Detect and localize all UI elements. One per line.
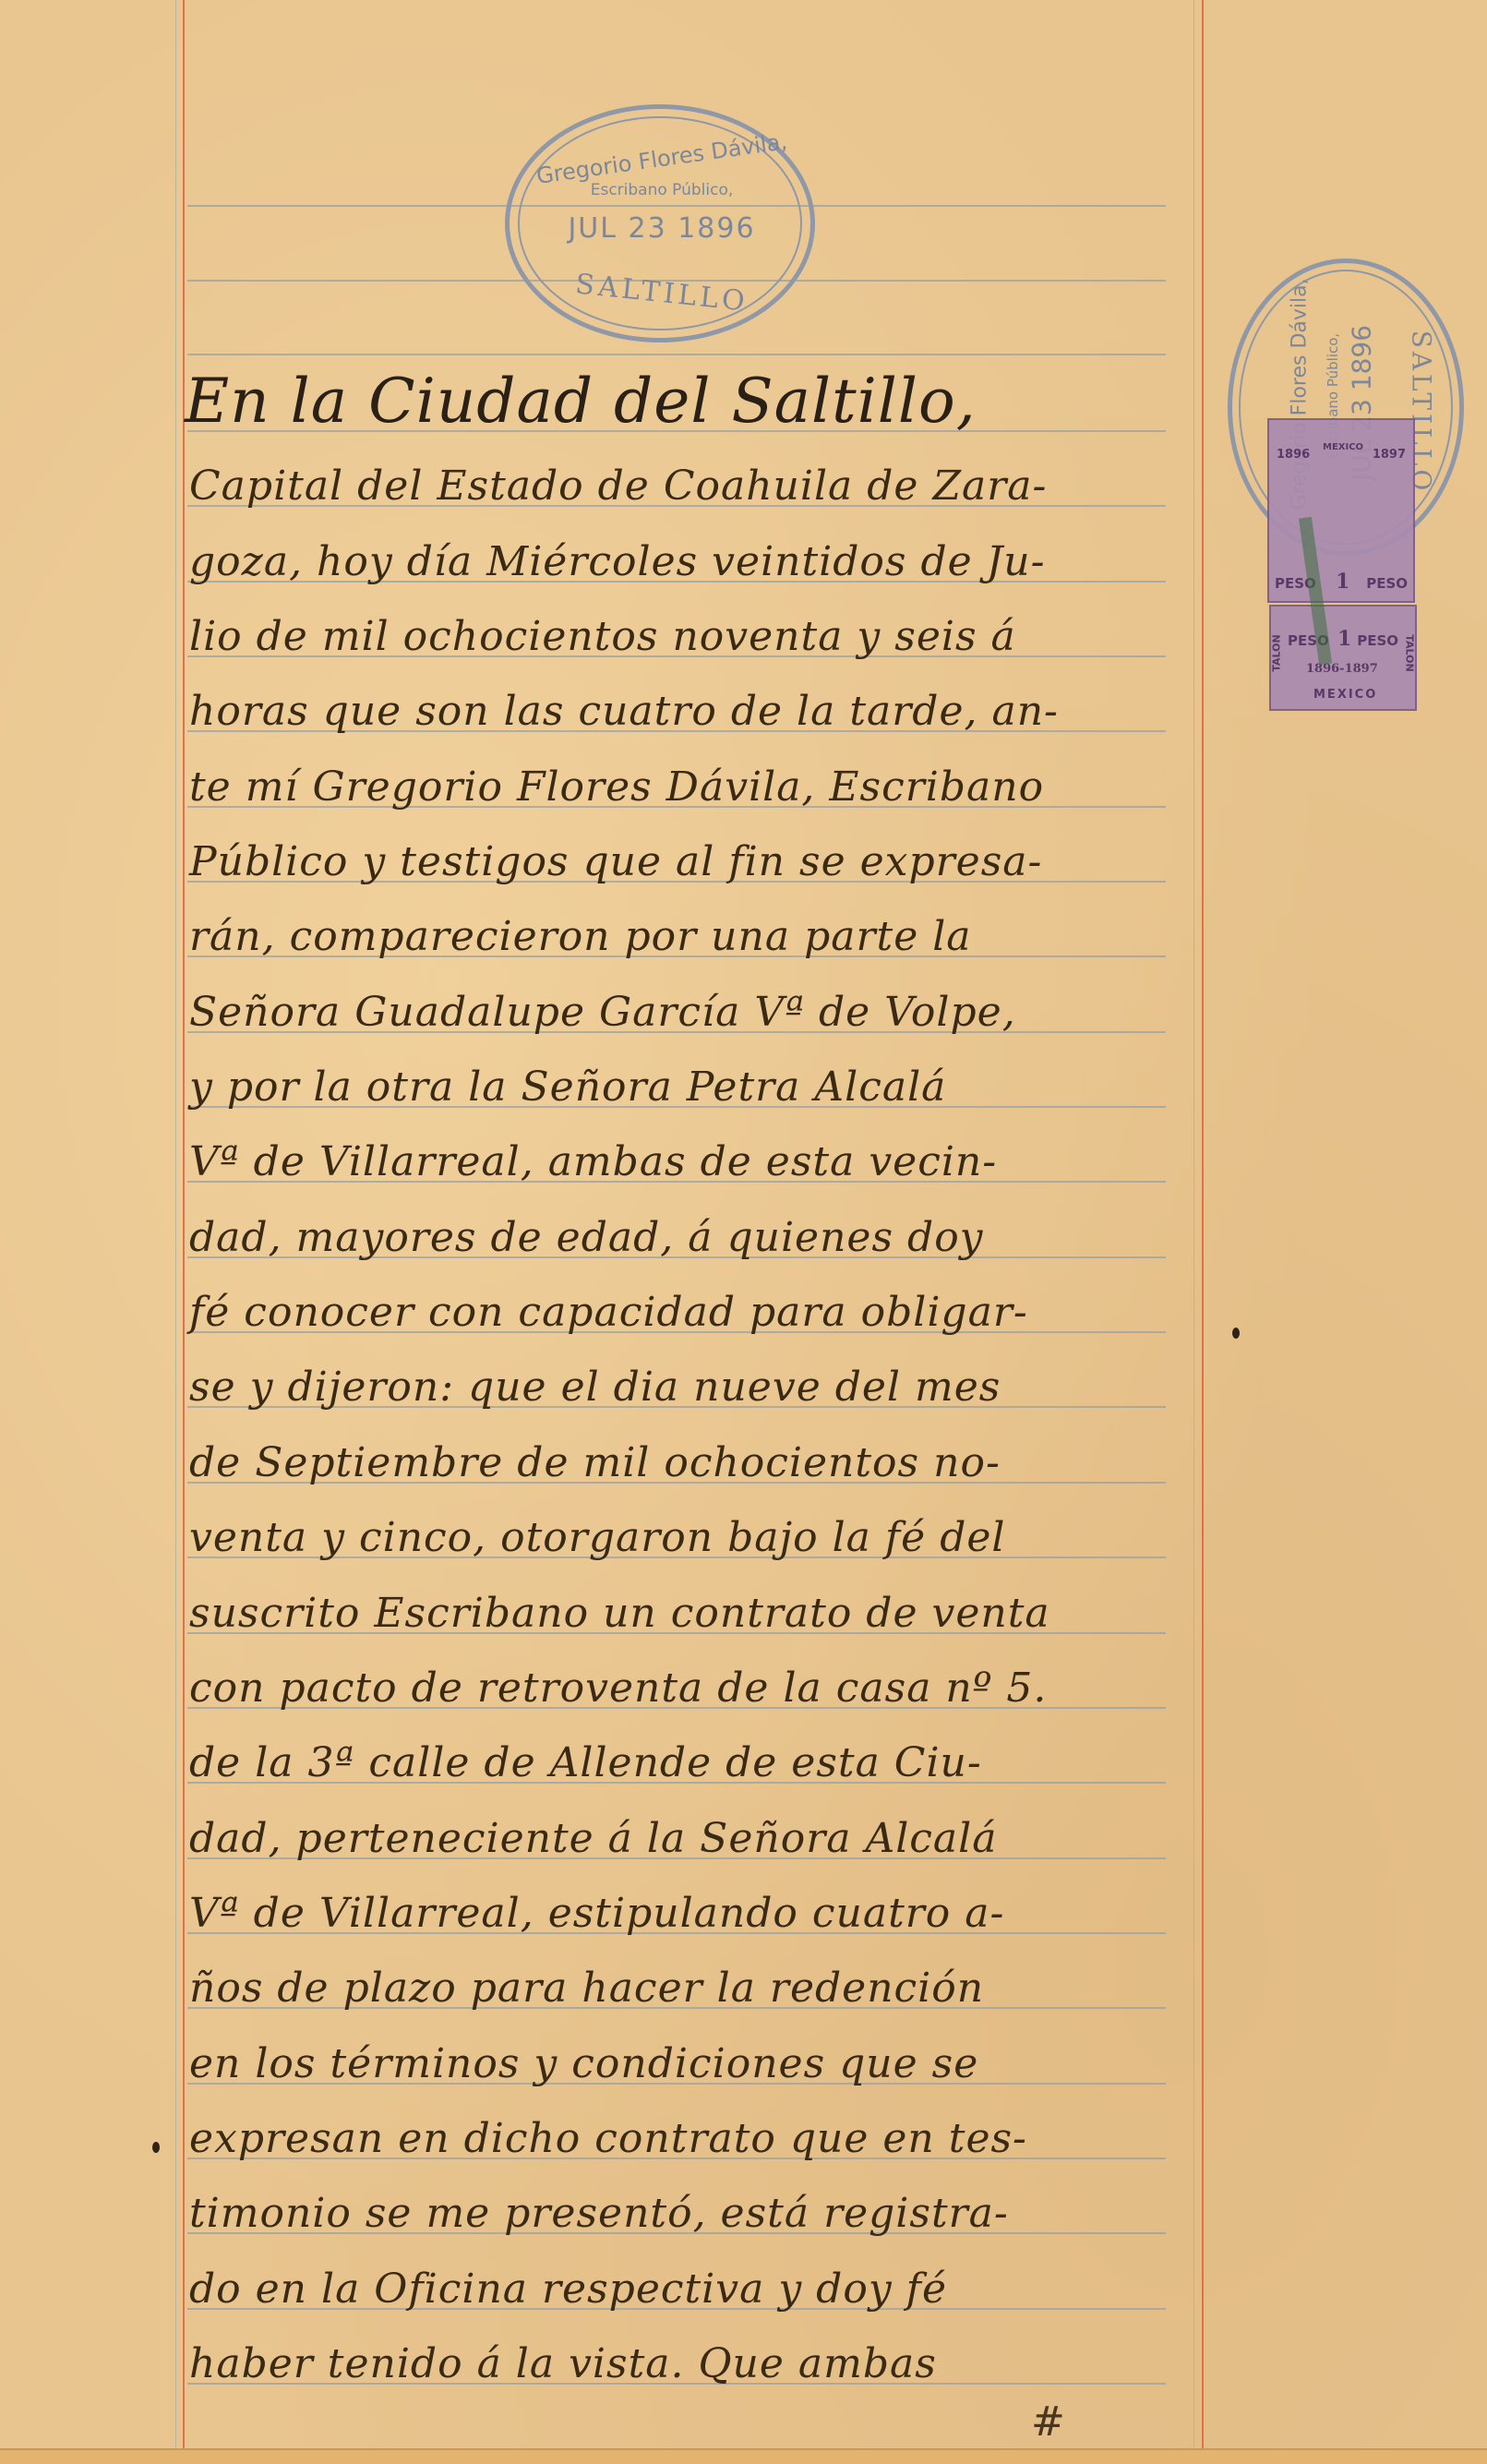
manuscript-line: Capital del Estado de Coahuila de Zara- [189,466,1195,507]
manuscript-line: haber tenido á la vista. Que ambas [189,2344,1195,2385]
end-of-text-mark: # [1031,2398,1065,2446]
manuscript-line: venta y cinco, otorgaron bajo la fé del [189,1518,1195,1558]
manuscript-line: Público y testigos que al fin se expresa… [189,842,1195,883]
ink-spot [1232,1328,1240,1339]
talon-label-left: TALON [1271,634,1283,671]
manuscript-line: con pacto de retroventa de la casa nº 5. [189,1668,1195,1709]
talon-label-right: TALON [1403,634,1415,671]
manuscript-line: te mí Gregorio Flores Dávila, Escribano [189,767,1195,808]
manuscript-line: y por la otra la Señora Petra Alcalá [189,1067,1195,1108]
right-margin-line [1202,0,1204,2448]
manuscript-line: do en la Oficina respectiva y doy fé [189,2269,1195,2310]
manuscript-line: en los términos y condiciones que se [189,2044,1195,2085]
manuscript-line: se y dijeron: que el dia nueve del mes [189,1367,1195,1408]
manuscript-line: ños de plazo para hacer la redención [189,1968,1195,2009]
manuscript-line: En la Ciudad del Saltillo, [185,371,1191,432]
manuscript-line: Señora Guadalupe García Vª de Volpe, [189,992,1195,1033]
manuscript-line: expresan en dicho contrato que en tes- [189,2119,1195,2159]
revenue-stamp-talon: TALON TALON PESO 1 PESO 1896-1897 MEXICO [1269,605,1417,711]
manuscript-line: dad, perteneciente á la Señora Alcalá [189,1819,1195,1859]
revenue-country: MEXICO [1323,442,1363,452]
manuscript-line: horas que son las cuatro de la tarde, an… [189,691,1195,732]
talon-value: 1 [1337,627,1351,651]
manuscript-line: Vª de Villarreal, ambas de esta vecin- [189,1142,1195,1183]
talon-unit-right: PESO [1357,632,1398,649]
manuscript-line: lio de mil ochocientos noventa y seis á [189,617,1195,657]
revenue-stamp-top: 1896 MEXICO 1897 PESO 1 PESO [1267,418,1415,603]
talon-country: MEXICO [1313,688,1377,702]
revenue-year-right: 1897 [1373,448,1406,462]
paper-lower-edge [0,2448,1487,2464]
manuscript-line: rán, comparecieron por una parte la [189,917,1195,957]
manuscript-line: dad, mayores de edad, á quienes doy [189,1218,1195,1258]
revenue-year-left: 1896 [1277,448,1310,462]
revenue-unit-right: PESO [1366,575,1408,592]
ink-spot [152,2142,160,2153]
manuscript-line: de la 3ª calle de Allende de esta Ciu- [189,1743,1195,1784]
manuscript-line: fé conocer con capacidad para obligar- [189,1292,1195,1333]
revenue-value: 1 [1336,570,1349,594]
manuscript-line: de Septiembre de mil ochocientos no- [189,1443,1195,1484]
rule-line [187,354,1166,355]
manuscript-line: timonio se me presentó, está registra- [189,2194,1195,2234]
left-margin-guide [175,0,176,2448]
stamp-notary-title: Escribano Público, [528,181,796,199]
talon-years: 1896-1897 [1306,662,1378,676]
stamp-date: JUL 23 1896 [528,212,796,245]
manuscript-line: suscrito Escribano un contrato de venta [189,1593,1195,1634]
manuscript-line: Vª de Villarreal, estipulando cuatro a- [189,1893,1195,1934]
manuscript-line: goza, hoy día Miércoles veintidos de Ju- [189,542,1195,583]
